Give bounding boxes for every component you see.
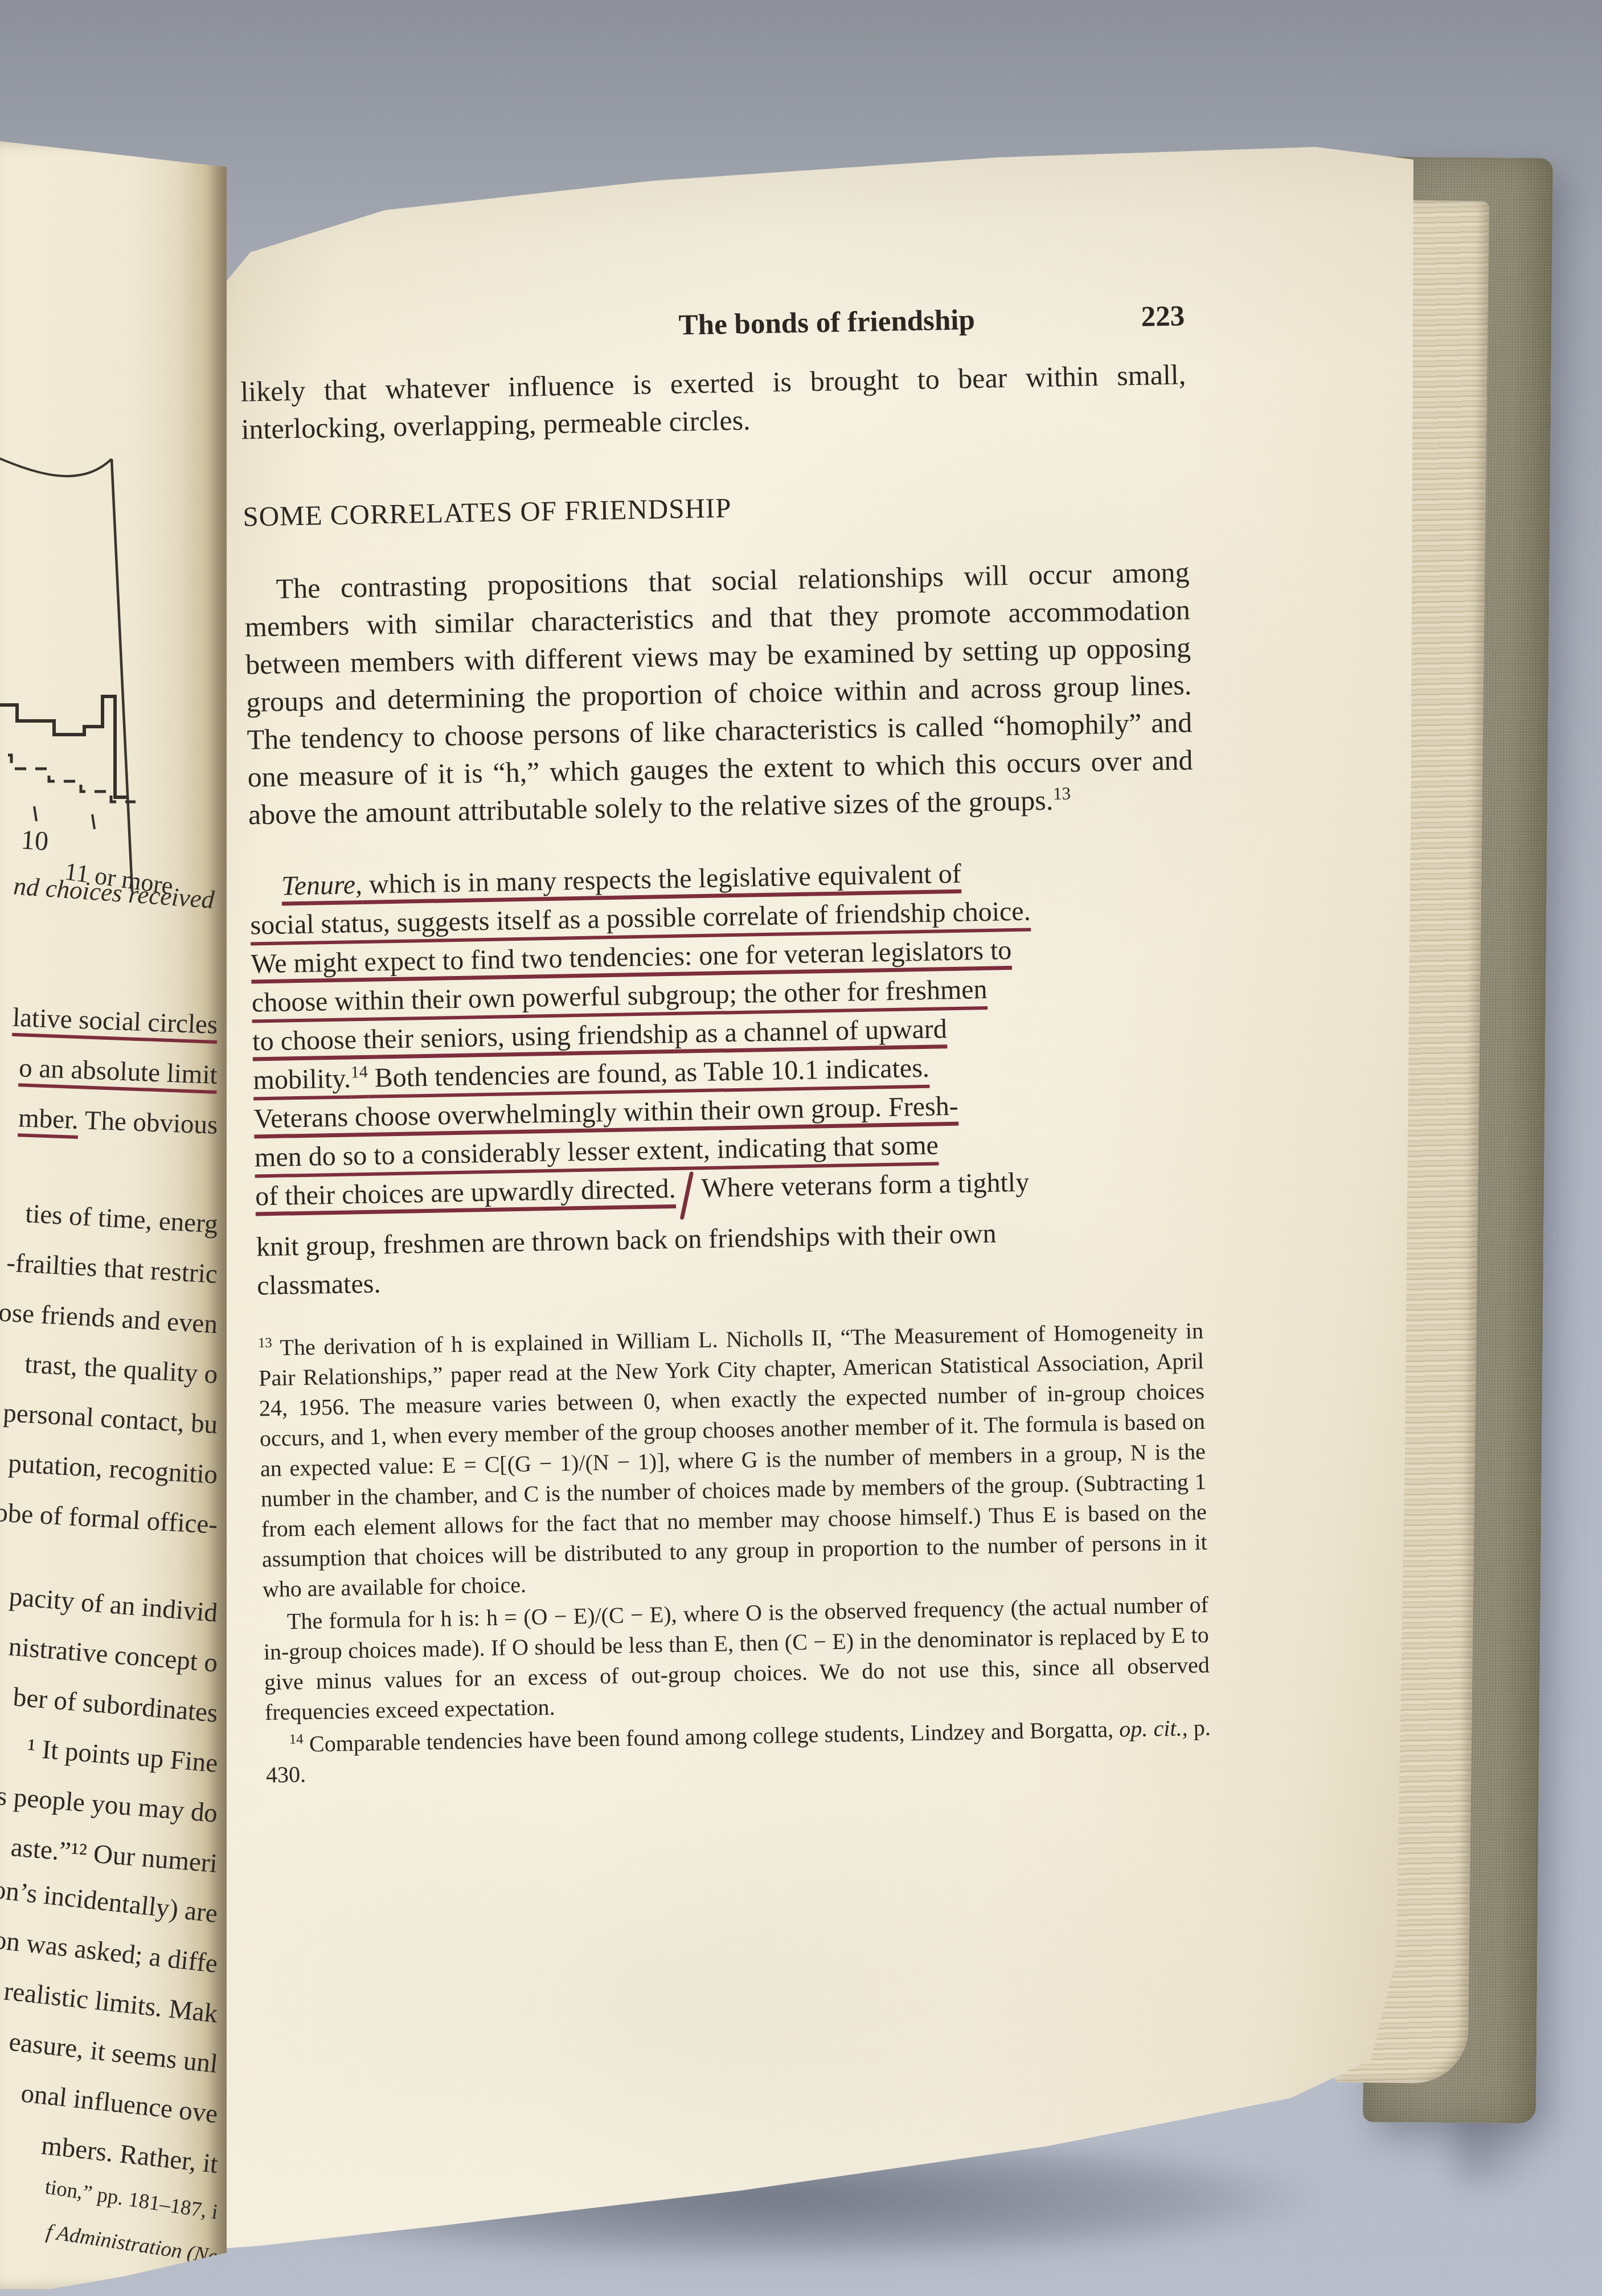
left-page-text-fragment: ber of subordinates	[12, 1682, 219, 1729]
tenure-paragraph: Tenure, which is in many respects the le…	[249, 850, 1203, 1305]
left-page-footnote-fragment: tion,” pp. 181–187, i	[43, 2175, 219, 2225]
left-page-chart: 10 11 or more	[0, 386, 227, 904]
tenure-italic-lead: Tenure,	[281, 870, 363, 901]
footnote-13-continued: The formula for h is: h = (O − E)/(C − E…	[263, 1589, 1210, 1727]
left-page-text-fragment: ¹ It points up Fine	[26, 1733, 219, 1779]
left-page-text-fragment: personal contact, bu	[2, 1397, 219, 1440]
left-page-text-fragment: realistic limits. Mak	[2, 1975, 219, 2029]
citation-italic: op. cit.	[1119, 1715, 1182, 1742]
right-page: The bonds of friendship 223 likely that …	[189, 147, 1413, 2254]
left-page-text-fragment: ties of time, energ	[24, 1198, 219, 1240]
running-header-title: The bonds of friendship	[678, 304, 975, 342]
left-page-text-fragment: obe of formal office-	[0, 1497, 219, 1540]
left-page-text-fragment: on was asked; a diffe	[0, 1924, 219, 1979]
footnote-ref-13: 13	[1053, 783, 1071, 803]
section-heading: SOME CORRELATES OF FRIENDSHIP	[243, 483, 1189, 532]
chart-right-border	[112, 459, 132, 891]
footnote-13: 13 The derivation of h is explained in W…	[258, 1315, 1208, 1604]
left-page-text-fragment: pacity of an individ	[8, 1581, 219, 1629]
left-page-text-fragment: o an absolute limit	[19, 1052, 218, 1090]
chart-top-border	[0, 453, 112, 476]
left-page-text-fragment: on’s incidentally) are	[0, 1874, 219, 1929]
right-page-content: The bonds of friendship 223 likely that …	[186, 129, 1212, 1791]
left-page-text-fragment: aste.”¹² Our numeri	[10, 1832, 219, 1879]
footnote-13-marker: 13	[258, 1335, 272, 1351]
book-photo: The bonds of friendship 223 likely that …	[0, 0, 1602, 2296]
chart-solid-steps	[0, 696, 127, 797]
left-page-edge: 10 11 or more nd choices received lative…	[0, 141, 227, 2289]
intro-paragraph: likely that whatever influence is exerte…	[240, 355, 1187, 448]
left-page-text-fragment: mbers. Rather, it	[40, 2130, 219, 2180]
left-page-text-fragment: easure, it seems unl	[7, 2026, 219, 2079]
footnote-ref-14: 14	[351, 1063, 368, 1082]
left-page-text-fragment: nistrative concept o	[7, 1631, 219, 1679]
left-page-text-fragment: onal influence ove	[19, 2078, 219, 2130]
left-page-text-fragment: s people you may do	[0, 1781, 219, 1829]
left-page-text-fragment: lative social circles	[12, 1002, 218, 1040]
left-page-text-fragment: trast, the quality o	[24, 1348, 219, 1390]
page-number: 223	[1141, 300, 1185, 333]
contrasting-paragraph: The contrasting propositions that social…	[244, 553, 1194, 833]
contrasting-text: The contrasting propositions that social…	[244, 556, 1193, 830]
running-header: The bonds of friendship 223	[239, 300, 1185, 350]
footnote-14-marker: 14	[289, 1732, 304, 1747]
left-page-text-fragment: ose friends and even	[0, 1297, 219, 1340]
left-page-text-fragment: putation, recognitio	[7, 1448, 219, 1490]
red-slash-mark	[680, 1171, 694, 1220]
left-page-text-fragment: mber. The obvious	[18, 1102, 218, 1141]
left-page-text-fragment: -frailties that restric	[6, 1247, 218, 1290]
chart-x-label-10: 10	[20, 825, 50, 856]
